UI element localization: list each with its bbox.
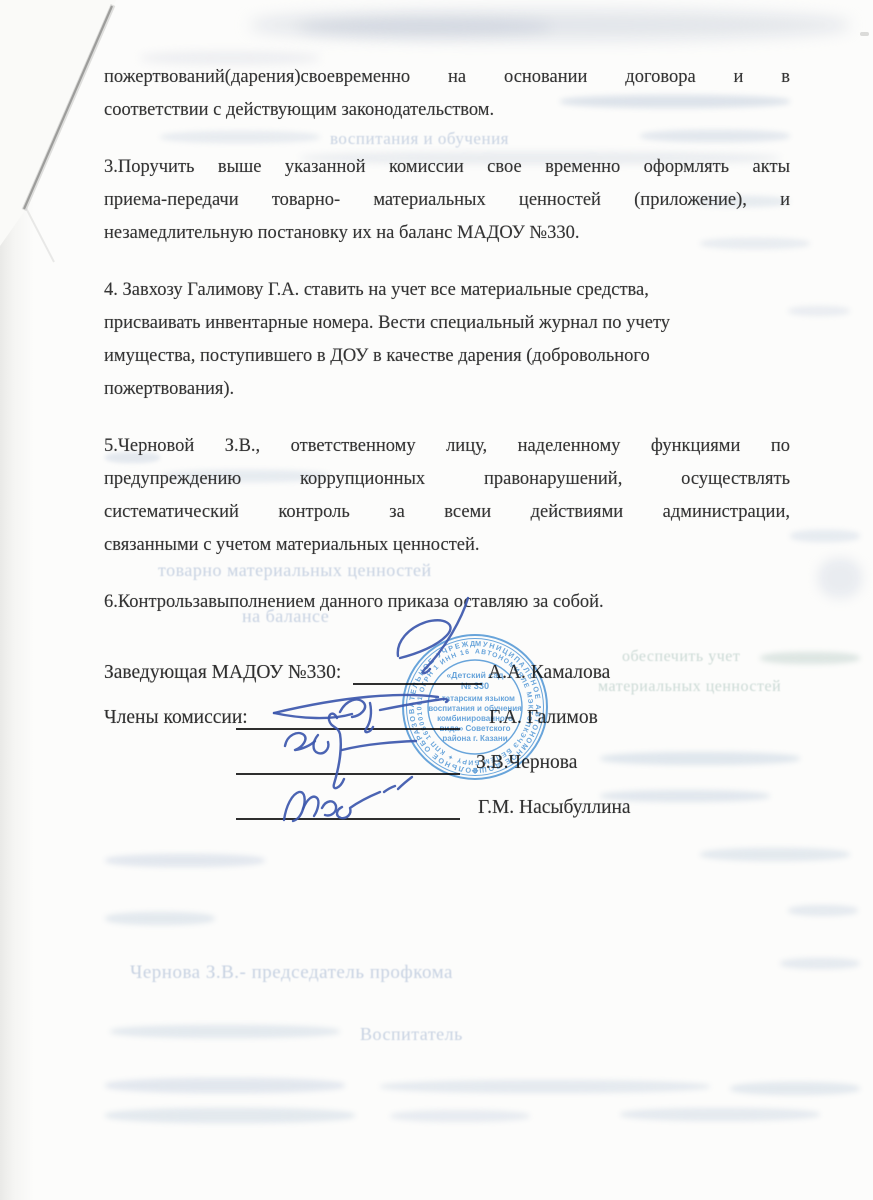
- bleed-through-smudge: [380, 1080, 710, 1093]
- bleed-through-smudge: [600, 752, 800, 765]
- text-line: соответствии с действующим законодательс…: [104, 94, 790, 127]
- bleed-through-smudge: [300, 18, 550, 36]
- bleed-through-smudge: [788, 905, 858, 916]
- text-line: систематический контроль за всеми действ…: [104, 496, 790, 529]
- bleed-through-smudge: [250, 10, 850, 40]
- chernova-signature: [285, 714, 416, 788]
- text-line: приема-передачи товарно- материальных це…: [104, 184, 790, 217]
- bleed-through-text: обеспечить учет: [622, 648, 740, 666]
- text-line: имущества, поступившего в ДОУ в качестве…: [104, 340, 790, 373]
- bleed-through-smudge: [760, 652, 860, 664]
- text-line: незамедлительную постановку их на баланс…: [104, 217, 790, 250]
- bleed-through-smudge: [700, 848, 850, 861]
- text-line: пожертвований(дарения)своевременно на ос…: [104, 61, 790, 94]
- nasybullina-signature: [284, 777, 412, 821]
- text-line: присваивать инвентарные номера. Вести сп…: [104, 307, 790, 340]
- kamalova-signature: [398, 598, 468, 673]
- bleed-through-smudge: [105, 1108, 355, 1123]
- scanned-document-page: воспитания и обучения товарно материальн…: [0, 0, 873, 1200]
- bleed-through-text: материальных ценностей: [598, 678, 781, 696]
- bleed-through-smudge: [818, 558, 862, 598]
- bleed-through-smudge: [390, 1110, 530, 1122]
- handwritten-signatures: [250, 588, 530, 833]
- bleed-through-smudge: [620, 1108, 820, 1121]
- bleed-through-smudge: [790, 530, 860, 542]
- order-item-4: 4. Завхозу Галимову Г.А. ставить на учет…: [104, 274, 790, 406]
- signature-label-members: Члены комиссии:: [104, 701, 248, 734]
- bleed-through-smudge: [788, 306, 850, 316]
- bleed-through-smudge: [730, 1082, 860, 1095]
- order-item-3: 3.Поручить выше указанной комиссии свое …: [104, 151, 790, 250]
- bleed-through-smudge: [780, 958, 860, 969]
- document-body: пожертвований(дарения)своевременно на ос…: [104, 61, 790, 643]
- bleed-through-smudge: [105, 912, 215, 925]
- bleed-through-text: Воспитатель: [360, 1024, 463, 1045]
- text-line: предупреждению коррупционных правонаруше…: [104, 463, 790, 496]
- galimov-signature: [274, 695, 448, 732]
- bleed-through-smudge: [105, 1078, 345, 1093]
- bleed-through-smudge: [110, 1025, 340, 1038]
- text-line: пожертвования).: [104, 373, 790, 406]
- text-line: 3.Поручить выше указанной комиссии свое …: [104, 151, 790, 184]
- text-line: 4. Завхозу Галимову Г.А. ставить на учет…: [104, 274, 790, 307]
- bleed-through-text: Чернова З.В.- председатель профкома: [130, 962, 453, 984]
- text-line: связанными с учетом материальных ценност…: [104, 529, 790, 562]
- text-line: 5.Черновой З.В., ответственному лицу, на…: [104, 430, 790, 463]
- order-item-5: 5.Черновой З.В., ответственному лицу, на…: [104, 430, 790, 562]
- order-paragraph-continuation: пожертвований(дарения)своевременно на ос…: [104, 61, 790, 127]
- scan-edge-artifact: [860, 32, 869, 36]
- bleed-through-smudge: [105, 854, 265, 867]
